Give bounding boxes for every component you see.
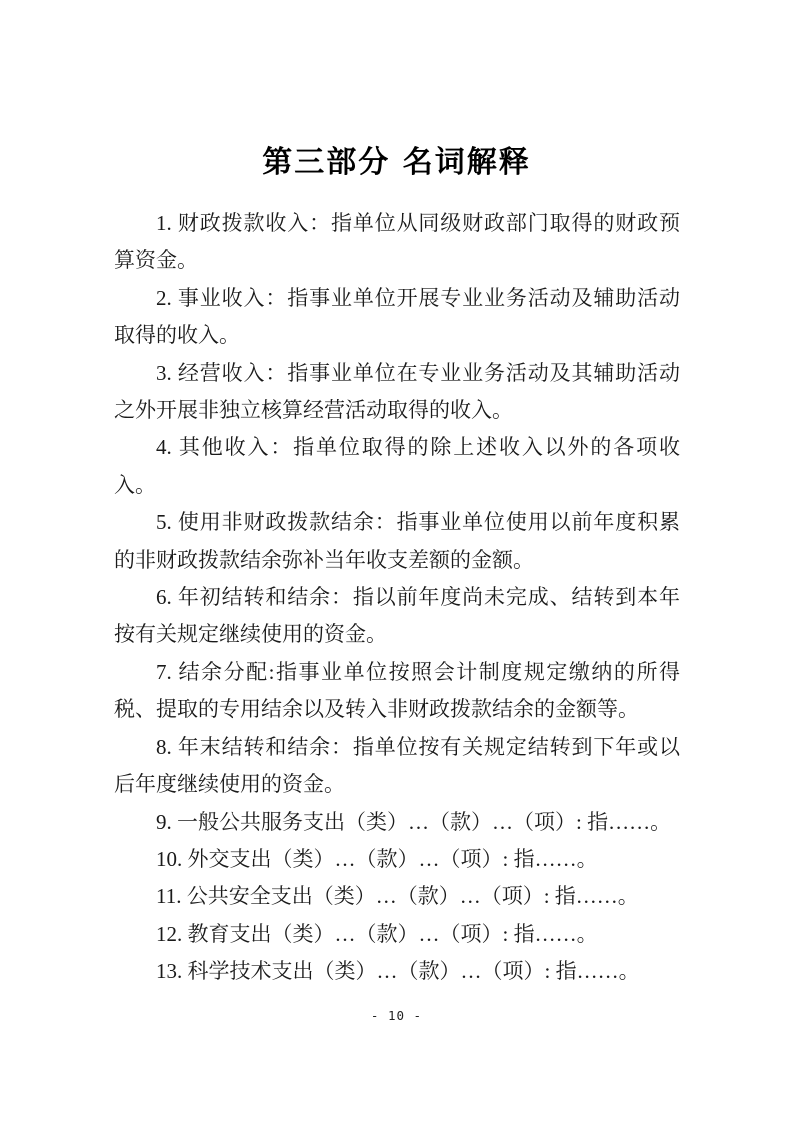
definition-item-4: 4. 其他收入：指单位取得的除上述收入以外的各项收入。 bbox=[114, 429, 680, 504]
document-title: 第三部分 名词解释 bbox=[0, 146, 793, 179]
definition-item-3: 3. 经营收入：指事业单位在专业业务活动及其辅助活动之外开展非独立核算经营活动取… bbox=[114, 355, 680, 430]
document-body: 1. 财政拨款收入：指单位从同级财政部门取得的财政预算资金。 2. 事业收入：指… bbox=[114, 205, 680, 991]
definition-item-9: 9. 一般公共服务支出（类）…（款）…（项）: 指……。 bbox=[114, 804, 680, 841]
definition-item-8: 8. 年末结转和结余：指单位按有关规定结转到下年或以后年度继续使用的资金。 bbox=[114, 729, 680, 804]
definition-item-5: 5. 使用非财政拨款结余：指事业单位使用以前年度积累的非财政拨款结余弥补当年收支… bbox=[114, 504, 680, 579]
definition-item-13: 13. 科学技术支出（类）…（款）…（项）: 指……。 bbox=[114, 953, 680, 990]
definition-item-10: 10. 外交支出（类）…（款）…（项）: 指……。 bbox=[114, 841, 680, 878]
document-page: 第三部分 名词解释 1. 财政拨款收入：指单位从同级财政部门取得的财政预算资金。… bbox=[0, 0, 793, 1122]
definition-item-11: 11. 公共安全支出（类）…（款）…（项）: 指……。 bbox=[114, 878, 680, 915]
page-number: - 10 - bbox=[0, 1008, 793, 1023]
definition-item-1: 1. 财政拨款收入：指单位从同级财政部门取得的财政预算资金。 bbox=[114, 205, 680, 280]
definition-item-2: 2. 事业收入：指事业单位开展专业业务活动及辅助活动取得的收入。 bbox=[114, 280, 680, 355]
definition-item-6: 6. 年初结转和结余：指以前年度尚未完成、结转到本年按有关规定继续使用的资金。 bbox=[114, 579, 680, 654]
definition-item-12: 12. 教育支出（类）…（款）…（项）: 指……。 bbox=[114, 916, 680, 953]
definition-item-7: 7. 结余分配:指事业单位按照会计制度规定缴纳的所得税、提取的专用结余以及转入非… bbox=[114, 654, 680, 729]
